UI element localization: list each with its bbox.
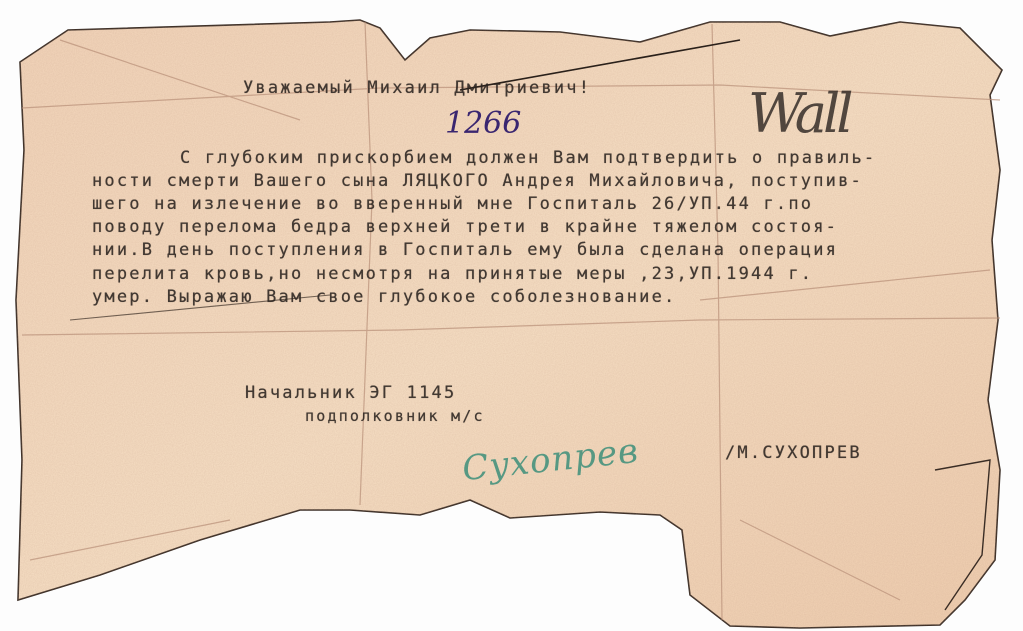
handwritten-corner-mark: Wall xyxy=(748,82,850,145)
body-line: перелита кровь,но несмотря на принятые м… xyxy=(92,264,813,284)
body-line: С глубоким прискорбием должен Вам подтве… xyxy=(180,148,876,168)
typed-signatory-name: /М.СУХОПРЕВ xyxy=(725,443,862,463)
body-line: умер. Выражаю Вам свое глубокое соболезн… xyxy=(92,287,676,307)
body-line: нии.В день поступления в Госпиталь ему б… xyxy=(92,240,838,260)
salutation: Уважаемый Михаил Дмитриевич! xyxy=(243,78,591,98)
registration-number: 1266 xyxy=(445,106,521,141)
body-line: ности смерти Вашего сына ЛЯЦКОГО Андрея … xyxy=(92,171,863,191)
body-line: поводу перелома бедра верхней трети в кр… xyxy=(92,217,838,237)
signatory-rank: подполковник м/с xyxy=(305,407,485,425)
body-line: шего на излечение во вверенный мне Госпи… xyxy=(92,194,813,214)
signatory-title: Начальник ЭГ 1145 xyxy=(245,383,456,403)
